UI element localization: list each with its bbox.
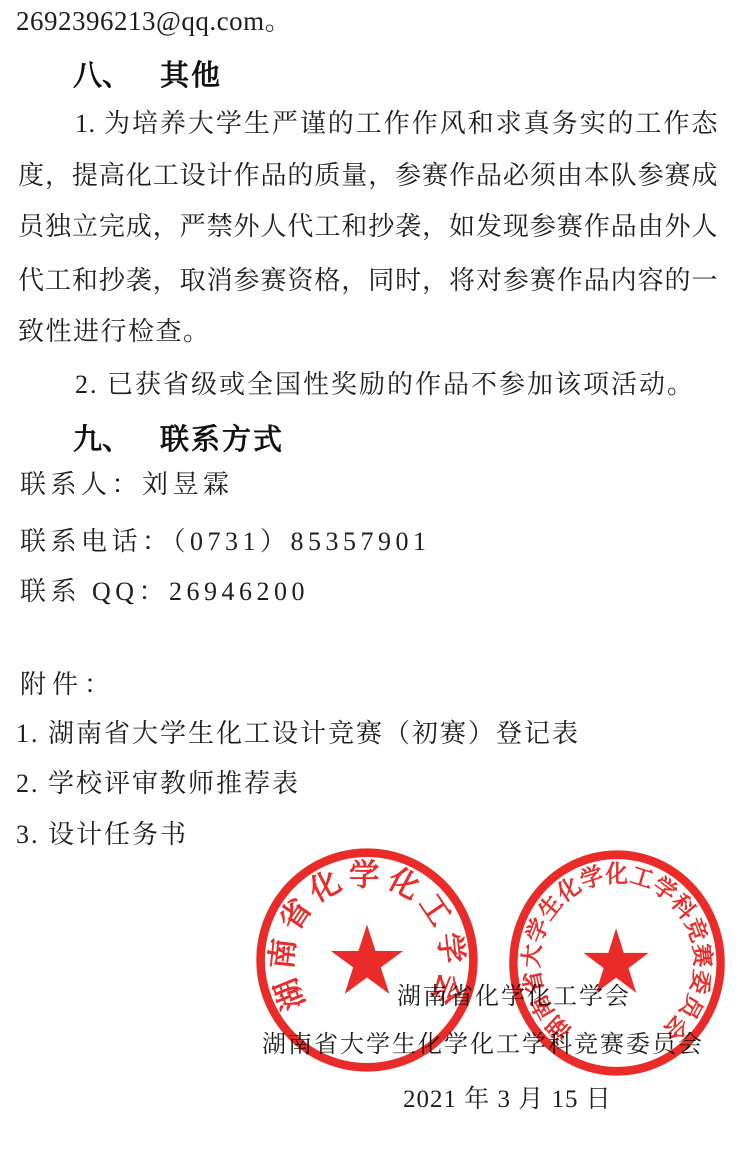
paragraph-line: 员独立完成，严禁外人代工和抄袭，如发现参赛作品由外人: [18, 212, 718, 242]
paragraph-line: 代工和抄袭，取消参赛资格，同时，将对参赛作品内容的一: [18, 266, 718, 296]
star-icon: [584, 928, 649, 993]
seal-hunan-chemical-society: 湖南省化学化工学会: [253, 845, 481, 1075]
contact-person-line: 联系人：刘昱霖: [20, 470, 234, 500]
paragraph-line: 2. 已获省级或全国性奖励的作品不参加该项活动。: [75, 370, 695, 400]
section-9-number: 九、: [73, 417, 131, 458]
section-9-title: 联系方式: [160, 417, 284, 458]
document-page: 2692396213@qq.com。 八、 其他 1. 为培养大学生严谨的工作作…: [0, 0, 745, 1162]
signature-date: 2021 年 3 月 15 日: [403, 1086, 612, 1115]
section-9-heading: 九、 联系方式: [0, 417, 745, 451]
email-line: 2692396213@qq.com。: [16, 6, 292, 37]
contact-phone-line: 联系电话：（0731）85357901: [20, 527, 431, 557]
paragraph-line: 致性进行检查。: [18, 317, 211, 347]
attachment-item: 2. 学校评审教师推荐表: [16, 769, 300, 799]
attachment-item: 1. 湖南省大学生化工设计竞赛（初赛）登记表: [16, 719, 580, 749]
section-8-heading: 八、 其他: [0, 53, 745, 87]
paragraph-line: 1. 为培养大学生严谨的工作作风和求真务实的工作态: [75, 109, 718, 139]
attachments-label: 附件：: [20, 670, 116, 700]
section-8-title: 其他: [160, 53, 222, 94]
attachment-item: 3. 设计任务书: [16, 820, 188, 850]
seal-competition-committee: 湖南省大学生化学化工学科竞赛委员会: [506, 847, 728, 1079]
contact-qq-line: 联系 QQ：26946200: [20, 577, 309, 607]
paragraph-line: 度，提高化工设计作品的质量，参赛作品必须由本队参赛成: [18, 161, 718, 191]
star-icon: [331, 925, 403, 994]
section-8-number: 八、: [73, 53, 131, 94]
